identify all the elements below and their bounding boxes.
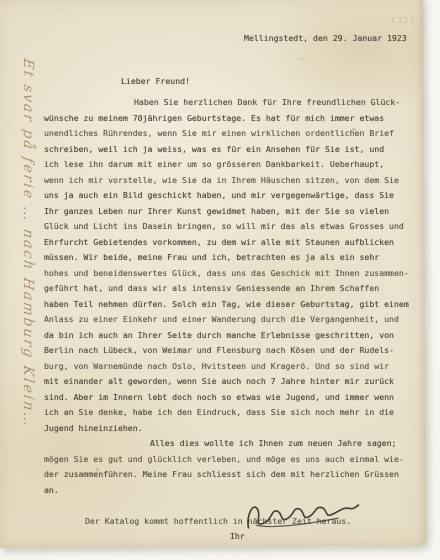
- typed-line: müssen. Wir beide, meine Frau und ich, b…: [44, 250, 408, 266]
- typed-line: wenn ich mir vorstelle, wie Sie da in Ih…: [44, 173, 408, 189]
- signature-scrawl-icon: [241, 492, 363, 538]
- typed-line: da bin ich auch an Ihrer Seite durch man…: [44, 328, 408, 344]
- typed-line: wünsche zu meinem 70jährigen Geburtstage…: [44, 111, 408, 127]
- typed-line: Glück und Licht ins Dasein bringen, so w…: [44, 219, 408, 235]
- typed-line: ich an Sie denke, habe ich den Eindruck,…: [44, 405, 408, 421]
- typed-line: Jugend hineinziehen.: [44, 421, 408, 437]
- letter-salutation: Lieber Freund!: [121, 76, 190, 86]
- typed-line: unendliches Rührendes, wenn Sie mir eine…: [44, 126, 408, 142]
- typed-line: hohes und beneidenswertes Glück, dass un…: [44, 266, 408, 282]
- typed-line: Ehrfurcht Gebietendes vorkommen, zu dem …: [44, 235, 408, 251]
- typed-line: mögen Sie es gut und glücklich verleben,…: [44, 452, 408, 468]
- typed-line: Berlin nach Lübeck, von Weimar und Flens…: [44, 343, 408, 359]
- typed-line: Haben Sie herzlichen Dank für Ihre freun…: [44, 95, 408, 111]
- typed-line: schreiben, weil ich ja weiss, was es für…: [44, 142, 408, 158]
- typed-line: ich lese ihn darum mit einer um so gröss…: [44, 157, 408, 173]
- scanned-letter-page: K323.3 Et svar på ferie … nach Hamburg K…: [0, 0, 440, 560]
- typed-line: uns ja auch ein Bild geschickt haben, un…: [44, 188, 408, 204]
- typed-line: der zusammenführen. Meine Frau schliesst…: [44, 467, 408, 483]
- typed-line: haben Teil nehmen dürfen. Solch ein Tag,…: [44, 297, 408, 313]
- typed-line: sind. Aber im Innern lebt doch noch so e…: [44, 390, 408, 406]
- handwritten-margin-note: Et svar på ferie … nach Hamburg Klein…: [20, 57, 36, 538]
- typed-line: Alles dies wollte ich Ihnen zum neuen Ja…: [44, 436, 408, 452]
- pencil-inventory-mark: K323.3: [391, 16, 425, 25]
- handwritten-signature: [241, 492, 363, 542]
- letter-body: Haben Sie herzlichen Dank für Ihre freun…: [44, 95, 408, 545]
- typed-line: burg, von Warnemünde nach Oslo, Hvitstee…: [44, 359, 408, 375]
- typed-line: Anlass zu einer Einkehr und einer Wander…: [44, 312, 408, 328]
- typed-line: Ihr ganzes Leben nur Ihrer Kunst gewidme…: [44, 204, 408, 220]
- letter-dateline: Mellingstedt, den 29. Januar 1923: [244, 33, 407, 43]
- typed-line: mit einander alt geworden, wenn Sie auch…: [44, 374, 408, 390]
- paper-speck: [300, 58, 303, 60]
- typed-line: geführt hat, und dass wir als intensiv G…: [44, 281, 408, 297]
